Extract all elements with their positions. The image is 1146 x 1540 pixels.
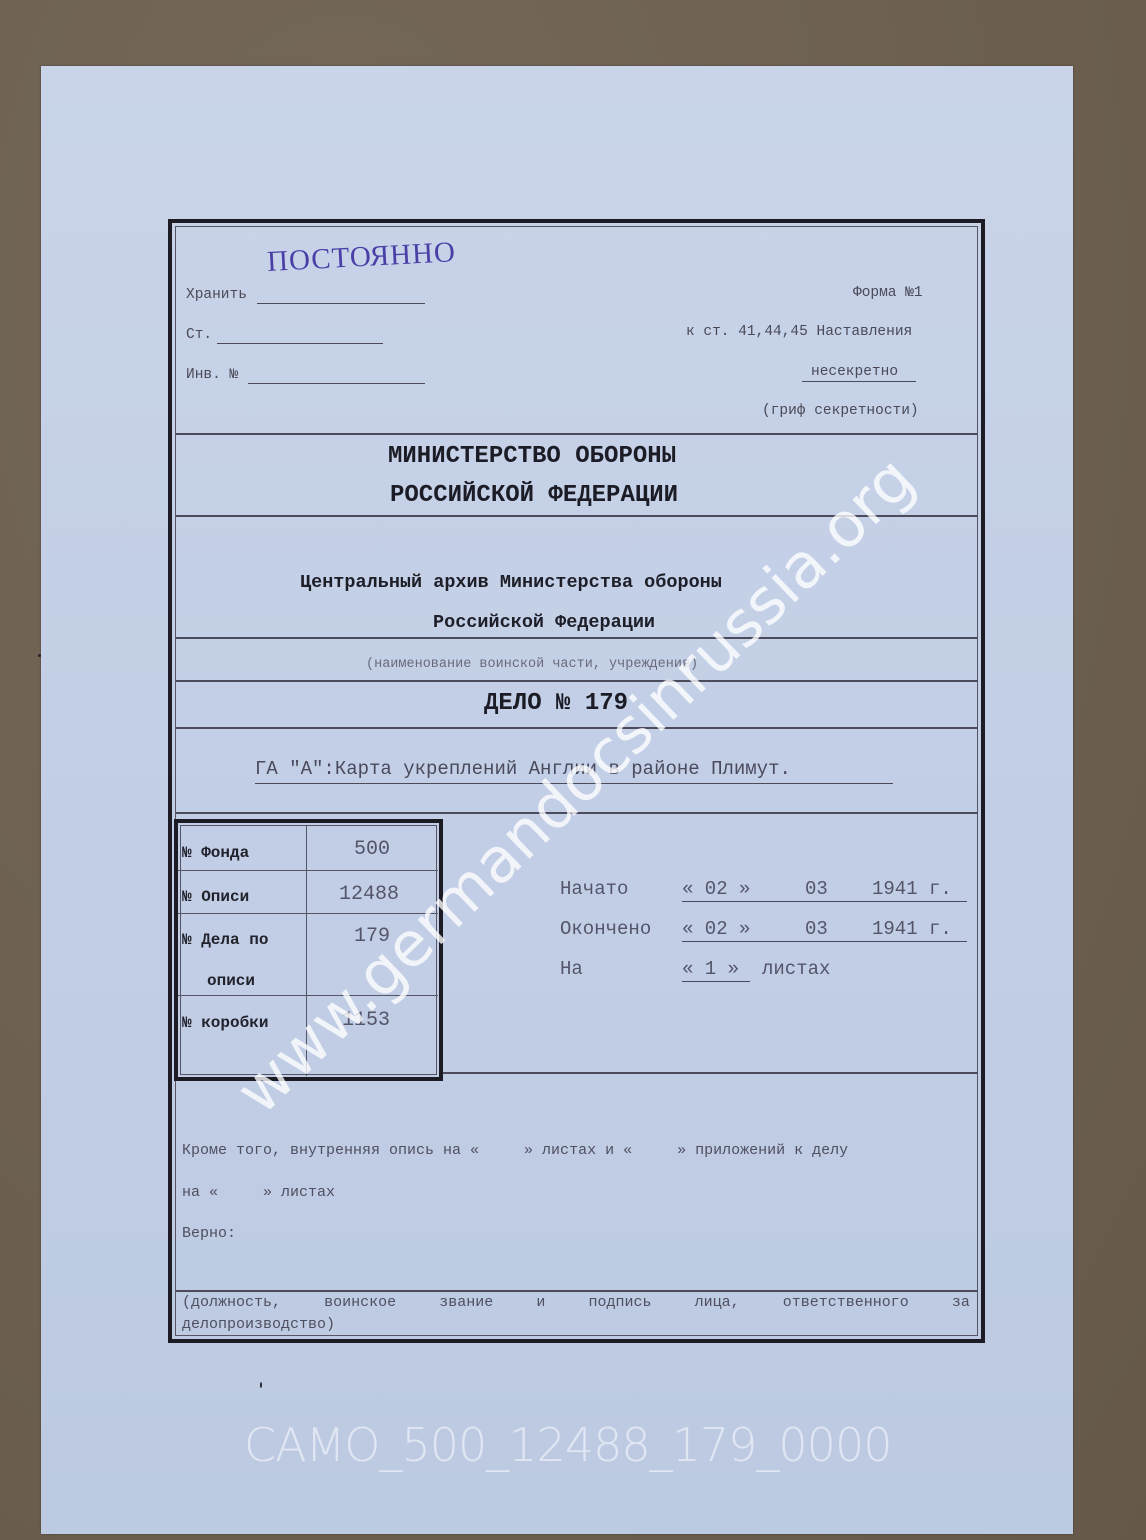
box-label: № коробки: [182, 1014, 268, 1032]
case-subject: ГА "А":Карта укреплений Англии в районе …: [255, 758, 791, 780]
paper-speck: [38, 654, 41, 657]
article-label: Ст.: [186, 327, 212, 343]
sheets-suffix: листах: [762, 958, 830, 980]
divider: [176, 1290, 978, 1292]
signature-caption-word: за: [952, 1294, 970, 1311]
classification-value: несекретно: [811, 364, 898, 380]
ended-month: 03: [805, 918, 828, 940]
signature-caption-word: звание: [439, 1294, 493, 1311]
opis-label: № Описи: [182, 888, 249, 906]
form-number: Форма №1: [853, 285, 923, 301]
box-value: 1153: [342, 1009, 390, 1032]
ended-year: 1941 г.: [872, 918, 952, 940]
case-value: 179: [354, 925, 390, 948]
divider: [176, 515, 978, 517]
divider: [176, 680, 978, 682]
institution-line-1: Центральный архив Министерства обороны: [300, 572, 722, 593]
form-frame: [168, 219, 985, 1343]
verified-label: Верно:: [182, 1225, 236, 1242]
ended-day: « 02 »: [682, 918, 750, 940]
started-underline: [682, 901, 967, 902]
signature-caption-word: лица,: [695, 1294, 740, 1311]
paper-speck: [260, 1382, 262, 1388]
sheets-count: « 1 »: [682, 958, 739, 980]
divider: [443, 1072, 978, 1074]
keep-label: Хранить: [186, 287, 247, 303]
started-day: « 02 »: [682, 878, 750, 900]
started-year: 1941 г.: [872, 878, 952, 900]
started-label: Начато: [560, 878, 628, 900]
subject-underline: [255, 783, 893, 784]
ministry-line-1: МИНИСТЕРСТВО ОБОРОНЫ: [388, 443, 676, 470]
ended-underline: [682, 941, 967, 942]
started-month: 03: [805, 878, 828, 900]
opis-value: 12488: [339, 883, 399, 906]
divider: [176, 637, 978, 639]
archive-file-code: CAMO_500_12488_179_0000: [244, 1418, 891, 1472]
divider: [176, 727, 978, 729]
signature-caption-word: (должность,: [182, 1294, 281, 1311]
signature-caption-word: и: [536, 1294, 545, 1311]
article-field-line[interactable]: [217, 343, 383, 344]
fond-value: 500: [354, 838, 390, 861]
divider: [176, 433, 978, 435]
divider: [176, 812, 978, 814]
case-label: № Дела по: [182, 931, 268, 949]
signature-caption-word: подпись: [589, 1294, 652, 1311]
keep-field-line[interactable]: [257, 303, 425, 304]
signature-caption-word: ответственного: [783, 1294, 909, 1311]
internal-inventory-note-2: на « » листах: [182, 1184, 335, 1201]
sheets-label: На: [560, 958, 583, 980]
fond-label: № Фонда: [182, 844, 249, 862]
internal-inventory-note: Кроме того, внутренняя опись на « » лист…: [182, 1142, 848, 1159]
regulation-reference: к ст. 41,44,45 Наставления: [686, 324, 912, 340]
signature-caption: (должность,воинскоезваниеиподписьлица,от…: [182, 1294, 970, 1311]
sheets-underline: [682, 981, 750, 982]
ministry-line-2: РОССИЙСКОЙ ФЕДЕРАЦИИ: [390, 482, 678, 509]
inventory-label: Инв. №: [186, 367, 238, 383]
institution-line-2: Российской Федерации: [433, 612, 655, 633]
ended-label: Окончено: [560, 918, 651, 940]
classification-underline: [802, 381, 916, 382]
classification-caption: (гриф секретности): [762, 403, 919, 419]
inventory-field-line[interactable]: [248, 383, 425, 384]
signature-caption-word: воинское: [324, 1294, 396, 1311]
institution-caption: (наименование воинской части, учреждения…: [366, 657, 698, 672]
signature-caption-line-2: делопроизводство): [182, 1316, 335, 1333]
case-label-2: описи: [207, 972, 255, 990]
case-title: ДЕЛО № 179: [484, 690, 628, 717]
